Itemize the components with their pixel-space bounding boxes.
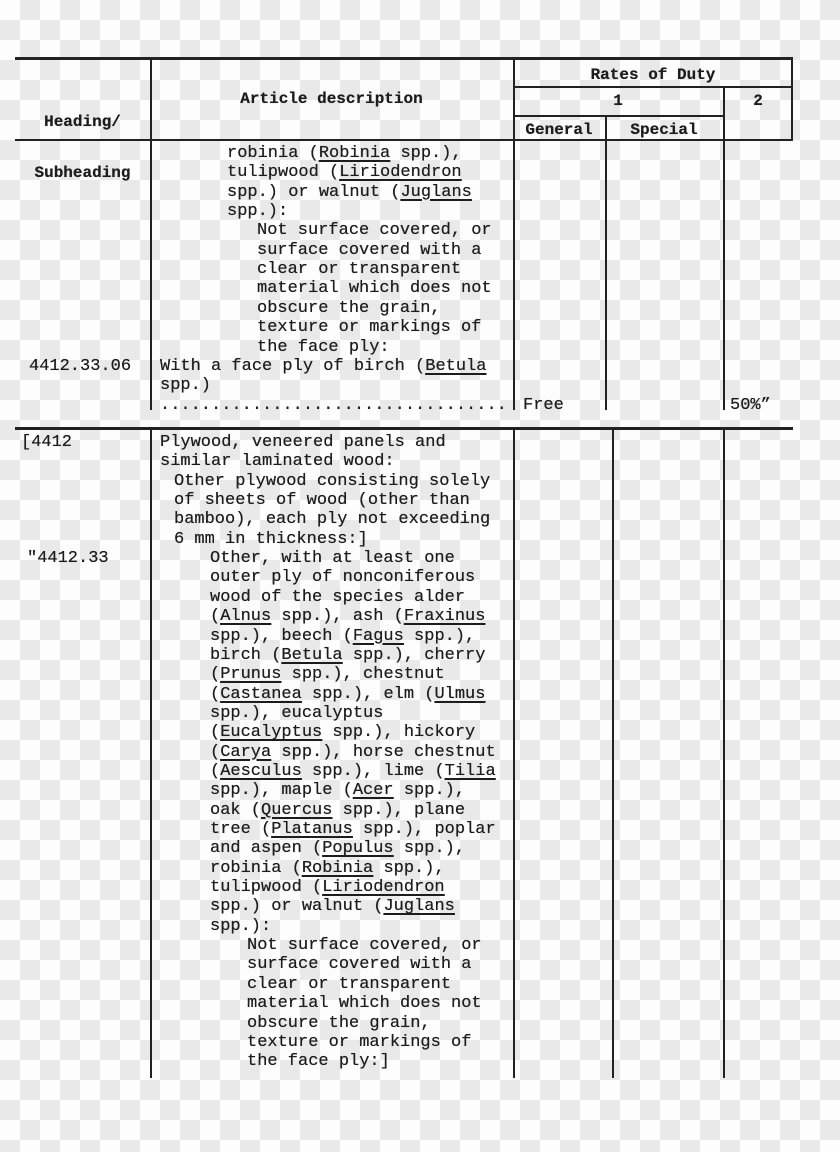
description-line: bamboo), each ply not exceeding (174, 510, 490, 529)
column-header-general: General (513, 122, 605, 139)
description-line: (Alnus spp.), ash (Fraxinus (210, 607, 485, 626)
description-line: spp.) or walnut (Juglans (210, 897, 455, 916)
description-line: material which does not (257, 279, 492, 298)
heading-label-line2: Subheading (15, 165, 150, 182)
column-header-rates-of-duty: Rates of Duty (513, 67, 793, 84)
description-line: Plywood, veneered panels and (160, 433, 446, 452)
column-header-rate-2: 2 (723, 93, 793, 110)
description-rates-divider (513, 60, 515, 410)
description-line: (Aesculus spp.), lime (Tilia (210, 762, 496, 781)
description-line: tulipwood (Liriodendron (227, 163, 462, 182)
description-line: texture or markings of (247, 1033, 471, 1052)
description-line: Other plywood consisting solely (174, 472, 490, 491)
section-2-top-border (15, 427, 793, 430)
heading-column-divider (150, 430, 152, 1078)
description-line: the face ply: (257, 338, 390, 357)
description-line: and aspen (Populus spp.), (210, 839, 465, 858)
column-header-rate-1: 1 (513, 93, 723, 110)
rate1-rate2-divider (723, 88, 725, 410)
description-line: tulipwood (Liriodendron (210, 878, 445, 897)
description-line: (Castanea spp.), elm (Ulmus (210, 685, 485, 704)
description-line: tree (Platanus spp.), poplar (210, 820, 496, 839)
header-bottom-border (15, 139, 793, 141)
description-line: the face ply:] (247, 1052, 390, 1071)
column-header-special: Special (605, 122, 723, 139)
column-header-heading-subheading: Heading/ Subheading (15, 80, 150, 216)
description-line: spp.): (227, 202, 288, 221)
description-line: (Prunus spp.), chestnut (210, 665, 445, 684)
description-line: spp.) (160, 376, 211, 395)
rate-1-underline (513, 115, 725, 117)
column-header-article-description: Article description (150, 91, 513, 108)
rate-duty2-value: 50%” (730, 396, 771, 415)
rate-general-value: Free (523, 396, 564, 415)
heading-code: 4412.33.06 (29, 357, 131, 376)
description-line: surface covered with a (247, 955, 471, 974)
rate1-rate2-divider (723, 430, 725, 1078)
rates-of-duty-underline (513, 86, 793, 88)
general-special-divider (605, 117, 607, 410)
description-line: obscure the grain, (247, 1014, 431, 1033)
description-rates-divider (513, 430, 515, 1078)
description-line: 6 mm in thickness:] (174, 530, 368, 549)
description-line: spp.), beech (Fagus spp.), (210, 627, 475, 646)
description-line: clear or transparent (257, 260, 461, 279)
description-line: Not surface covered, or (247, 936, 482, 955)
description-line: oak (Quercus spp.), plane (210, 801, 465, 820)
description-line: With a face ply of birch (Betula (160, 357, 486, 376)
description-line: texture or markings of (257, 318, 481, 337)
header-right-edge (791, 58, 793, 141)
description-line: (Eucalyptus spp.), hickory (210, 723, 475, 742)
description-line: robinia (Robinia spp.), (227, 144, 462, 163)
description-line: wood of the species alder (210, 588, 465, 607)
description-line: spp.) or walnut (Juglans (227, 183, 472, 202)
description-line: spp.), maple (Acer spp.), (210, 781, 465, 800)
description-line: of sheets of wood (other than (174, 491, 470, 510)
tariff-schedule-page: Heading/ Subheading Article description … (0, 0, 840, 1152)
description-line: surface covered with a (257, 241, 481, 260)
description-line: outer ply of nonconiferous (210, 568, 475, 587)
description-line: obscure the grain, (257, 299, 441, 318)
description-line: material which does not (247, 994, 482, 1013)
description-line: .................................. (160, 396, 507, 415)
general-special-divider (612, 430, 614, 1078)
description-line: similar laminated wood: (160, 452, 395, 471)
description-line: clear or transparent (247, 975, 451, 994)
description-line: birch (Betula spp.), cherry (210, 646, 485, 665)
description-line: Other, with at least one (210, 549, 455, 568)
description-line: spp.), eucalyptus (210, 704, 383, 723)
description-line: (Carya spp.), horse chestnut (210, 743, 496, 762)
heading-label-line1: Heading/ (15, 114, 150, 131)
description-line: robinia (Robinia spp.), (210, 859, 445, 878)
table-top-border (15, 57, 793, 60)
heading-code: "4412.33 (27, 549, 109, 568)
description-line: spp.): (210, 917, 271, 936)
heading-column-divider (150, 60, 152, 410)
heading-code: [4412 (21, 433, 72, 452)
description-line: Not surface covered, or (257, 221, 492, 240)
